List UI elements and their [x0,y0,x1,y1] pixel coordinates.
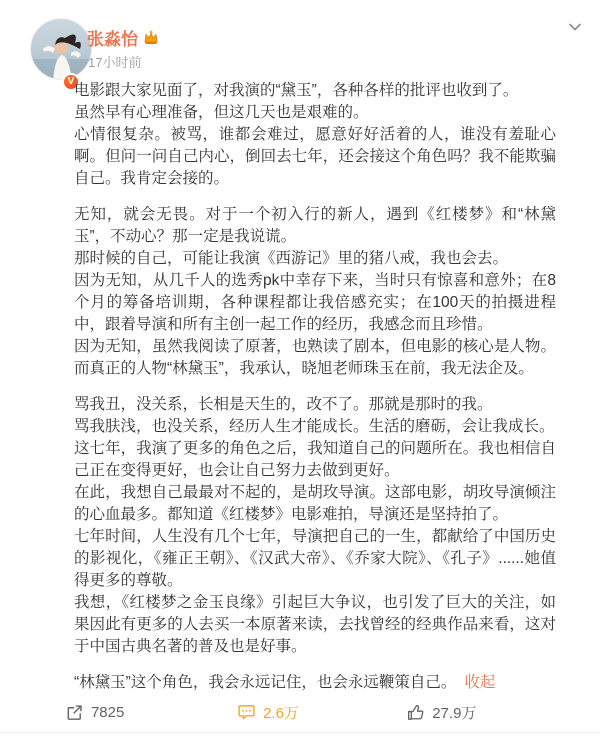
action-bar: 7825 2.6万 27.9万 [8,692,528,732]
author-name[interactable]: 张淼怡 [87,25,138,50]
avatar-image [30,18,92,80]
collapse-link[interactable]: 收起 [464,674,495,691]
post-line: 无知，就会无畏。对于一个初入行的新人，遇到《红楼梦》和“林黛玉”，不动心？那一定… [74,204,556,248]
post-paragraph: 无知，就会无畏。对于一个初入行的新人，遇到《红楼梦》和“林黛玉”，不动心？那一定… [74,204,556,380]
post-line: 七年时间，人生没有几个七年，导演把自己的一生，都献给了中国历史的影视化，《雍正王… [74,526,556,592]
crown-icon [143,30,159,45]
comment-icon [237,703,256,722]
like-button[interactable]: 27.9万 [355,702,528,723]
post-line: “林黛玉”这个角色，我会永远记住，也会永远鞭策自己。收起 [74,672,556,694]
chevron-down-icon[interactable] [566,18,584,36]
post-paragraph: 骂我丑，没关系，长相是天生的，改不了。那就是那时的我。骂我肤浅，也没关系，经历人… [74,394,556,658]
like-count: 27.9万 [432,702,476,723]
post-line: 因为无知，虽然我阅读了原著，也熟读了剧本，但电影的核心是人物。而真正的人物“林黛… [74,336,556,380]
post-line: 骂我肤浅，也没关系，经历人生才能成长。生活的磨砺，会让我成长。 [74,416,556,438]
post-paragraph: “林黛玉”这个角色，我会永远记住，也会永远鞭策自己。收起 [74,672,556,694]
avatar[interactable]: V [30,18,92,80]
repost-icon [65,703,84,722]
post-line: 骂我丑，没关系，长相是天生的，改不了。那就是那时的我。 [74,394,556,416]
post-line: 因为无知，从几千人的选秀pk中幸存下来，当时只有惊喜和意外；在8个月的筹备培训期… [74,270,556,336]
post-line: 电影跟大家见面了，对我演的“黛玉”，各种各样的批评也收到了。 [74,80,556,102]
post-line: 虽然早有心理准备，但这几天也是艰难的。 [74,102,556,124]
like-icon [406,703,425,722]
post-body: 电影跟大家见面了，对我演的“黛玉”，各种各样的批评也收到了。虽然早有心理准备，但… [74,80,556,694]
comment-button[interactable]: 2.6万 [181,702,354,723]
post-line: 在此，我想自己最最对不起的，是胡玫导演。这部电影，胡玫导演倾注的心血最多。都知道… [74,482,556,526]
post-line: 我想，《红楼梦之金玉良缘》引起巨大争议，也引发了巨大的关注，如果因此有更多的人去… [74,592,556,658]
repost-count: 7825 [91,704,124,721]
post-line: 那时候的自己，可能让我演《西游记》里的猪八戒，我也会去。 [74,248,556,270]
post-line: 心情很复杂。被骂，谁都会难过，愿意好好活着的人，谁没有羞耻心啊。但问一问自己内心… [74,124,556,190]
repost-button[interactable]: 7825 [8,703,181,722]
bottom-divider [0,732,600,733]
post-timestamp: 17小时前 [88,52,141,71]
weibo-post: V 张淼怡 17小时前 电影跟大家见面了，对我演的“黛玉”，各种各样的批评也收到… [0,0,600,740]
post-line: 这七年，我演了更多的角色之后，我知道自己的问题所在。我也相信自己正在变得更好，也… [74,438,556,482]
comment-count: 2.6万 [263,702,299,723]
post-paragraph: 电影跟大家见面了，对我演的“黛玉”，各种各样的批评也收到了。虽然早有心理准备，但… [74,80,556,190]
